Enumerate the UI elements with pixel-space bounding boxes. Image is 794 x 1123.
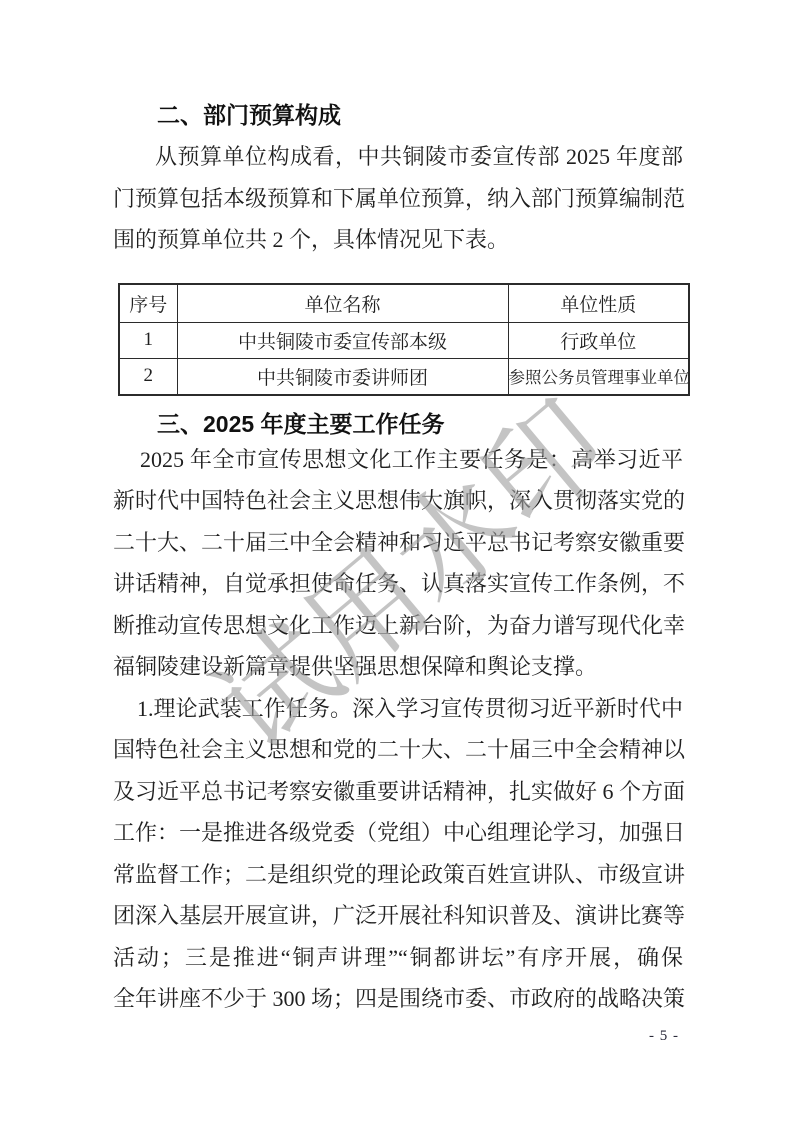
text-line: 常监督工作；二是组织党的理论政策百姓宣讲队、市级宣讲 <box>113 854 683 896</box>
document-content: 二、部门预算构成 从预算单位构成看，中共铜陵市委宣传部 2025 年度部 门预算… <box>113 0 683 1020</box>
text-line: 活动；三是推进“铜声讲理”“铜都讲坛”有序开展，确保 <box>113 937 683 979</box>
text-line: 团深入基层开展宣讲，广泛开展社科知识普及、演讲比赛等 <box>113 895 683 937</box>
text-line: 围的预算单位共 2 个，具体情况见下表。 <box>113 219 683 261</box>
text-line: 讲话精神，自觉承担使命任务、认真落实宣传工作条例，不 <box>113 563 683 605</box>
cell-unit-type: 行政单位 <box>508 322 689 358</box>
section-budget-heading: 二、部门预算构成 <box>113 100 683 130</box>
cell-unit-name: 中共铜陵市委宣传部本级 <box>177 322 508 358</box>
section-tasks-heading: 三、2025 年度主要工作任务 <box>113 409 683 439</box>
text-line: 新时代中国特色社会主义思想伟大旗帜，深入贯彻落实党的 <box>113 480 683 522</box>
budget-units-table: 序号 单位名称 单位性质 1 中共铜陵市委宣传部本级 行政单位 2 中共铜陵市委… <box>118 283 690 396</box>
col-header-index: 序号 <box>119 284 177 323</box>
text-line: 及习近平总书记考察安徽重要讲话精神，扎实做好 6 个方面 <box>113 771 683 813</box>
col-header-unit-type: 单位性质 <box>508 284 689 323</box>
text-line: 2025 年全市宣传思想文化工作主要任务是：高举习近平 <box>113 439 683 481</box>
text-line: 福铜陵建设新篇章提供坚强思想保障和舆论支撑。 <box>113 646 683 688</box>
text-line: 从预算单位构成看，中共铜陵市委宣传部 2025 年度部 <box>113 136 683 178</box>
col-header-unit-name: 单位名称 <box>177 284 508 323</box>
table-row: 2 中共铜陵市委讲师团 参照公务员管理事业单位 <box>119 358 689 395</box>
cell-index: 1 <box>119 322 177 358</box>
text-line: 门预算包括本级预算和下属单位预算，纳入部门预算编制范 <box>113 178 683 220</box>
text-line: 全年讲座不少于 300 场；四是围绕市委、市政府的战略决策 <box>113 978 683 1020</box>
section-tasks-paragraph-1: 2025 年全市宣传思想文化工作主要任务是：高举习近平 新时代中国特色社会主义思… <box>113 439 683 688</box>
table-header-row: 序号 单位名称 单位性质 <box>119 284 689 323</box>
cell-unit-type: 参照公务员管理事业单位 <box>508 358 689 395</box>
cell-index: 2 <box>119 358 177 395</box>
text-line: 断推动宣传思想文化工作迈上新台阶，为奋力谱写现代化幸 <box>113 605 683 647</box>
document-page: 二、部门预算构成 从预算单位构成看，中共铜陵市委宣传部 2025 年度部 门预算… <box>0 0 794 1123</box>
section-budget-paragraph: 从预算单位构成看，中共铜陵市委宣传部 2025 年度部 门预算包括本级预算和下属… <box>113 136 683 261</box>
table-row: 1 中共铜陵市委宣传部本级 行政单位 <box>119 322 689 358</box>
text-line: 1.理论武装工作任务。深入学习宣传贯彻习近平新时代中 <box>113 688 683 730</box>
text-line: 国特色社会主义思想和党的二十大、二十届三中全会精神以 <box>113 729 683 771</box>
text-line: 二十大、二十届三中全会精神和习近平总书记考察安徽重要 <box>113 522 683 564</box>
section-tasks-paragraph-2: 1.理论武装工作任务。深入学习宣传贯彻习近平新时代中 国特色社会主义思想和党的二… <box>113 688 683 1020</box>
page-number: - 5 - <box>649 1028 679 1045</box>
cell-unit-type-text: 参照公务员管理事业单位 <box>509 368 690 387</box>
text-line: 工作：一是推进各级党委（党组）中心组理论学习，加强日 <box>113 812 683 854</box>
cell-unit-name: 中共铜陵市委讲师团 <box>177 358 508 395</box>
